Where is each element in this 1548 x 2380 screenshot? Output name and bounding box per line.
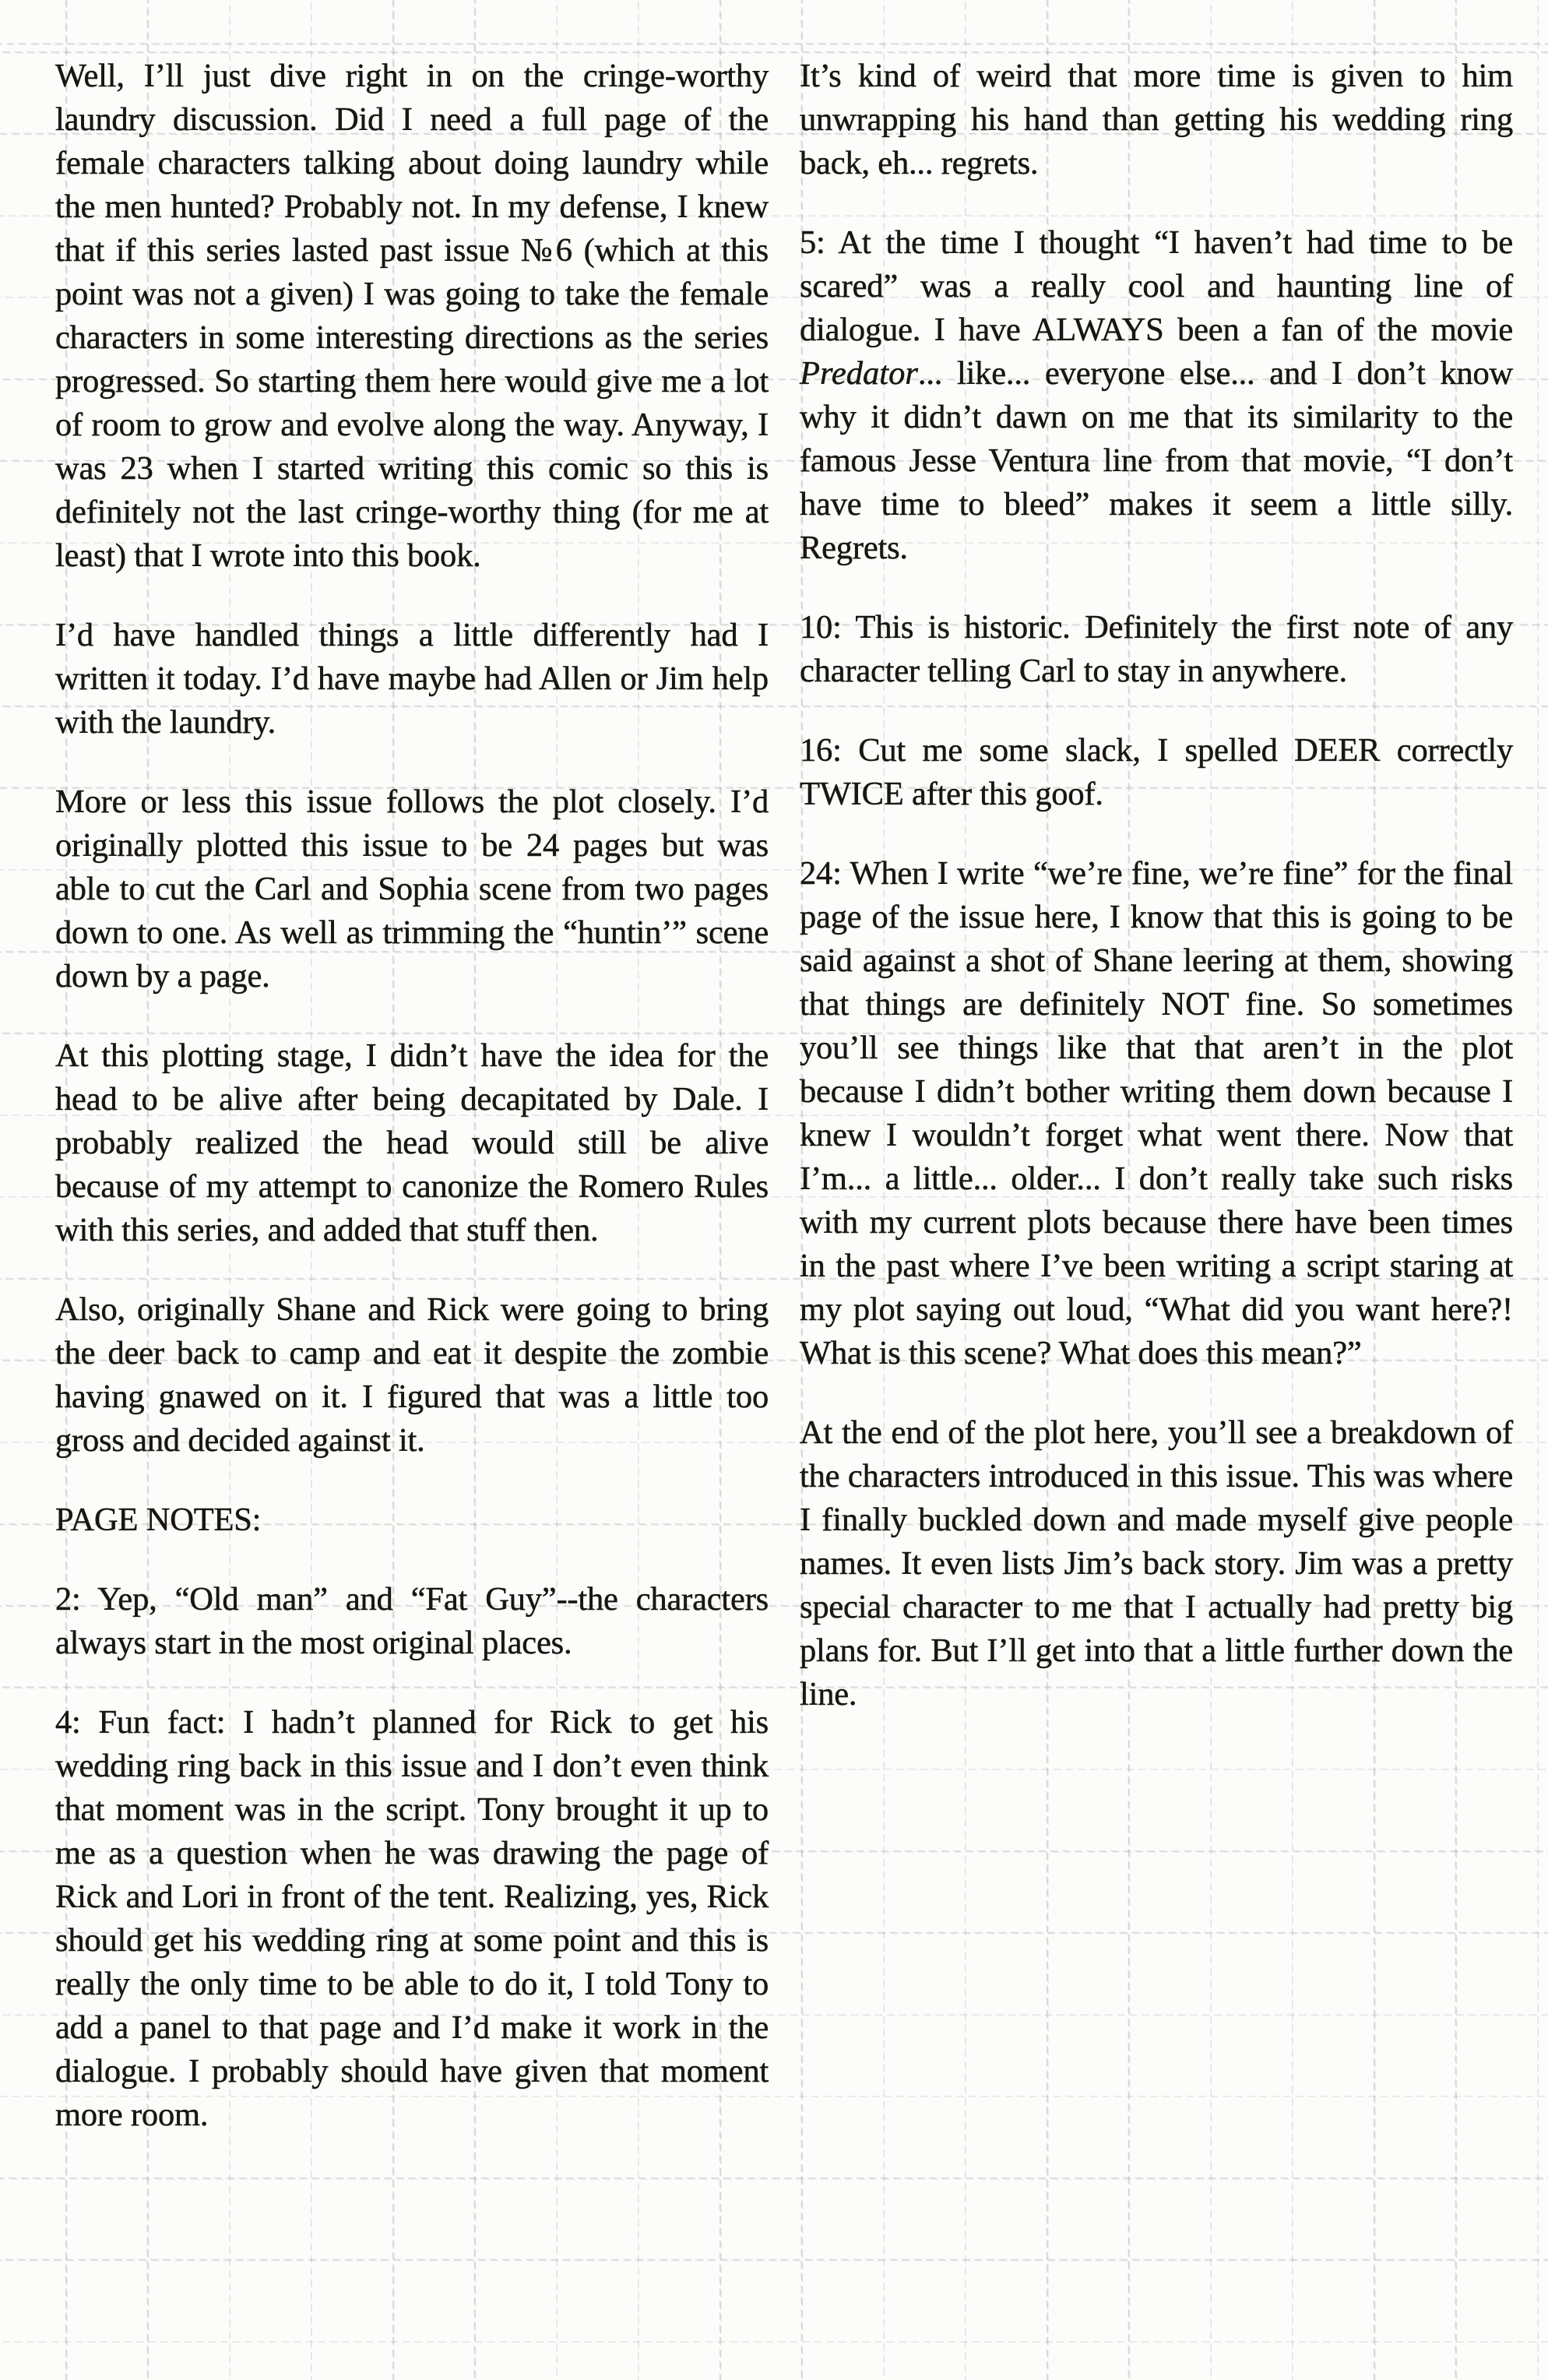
revision-paragraph: I’d have handled things a little differe… — [55, 614, 769, 745]
movie-title-italic: Predator — [800, 355, 918, 392]
left-column: Well, I’ll just dive right in on the cri… — [55, 55, 769, 2380]
page-note-24: 24: When I write “we’re fine, we’re fine… — [800, 852, 1513, 1375]
right-column: It’s kind of weird that more time is giv… — [800, 55, 1513, 2380]
page-note-4: 4: Fun fact: I hadn’t planned for Rick t… — [55, 1701, 769, 2137]
commentary-page: Well, I’ll just dive right in on the cri… — [0, 0, 1548, 2380]
intro-paragraph: Well, I’ll just dive right in on the cri… — [55, 55, 769, 578]
deer-paragraph: Also, originally Shane and Rick were goi… — [55, 1288, 769, 1463]
ring-regrets-paragraph: It’s kind of weird that more time is giv… — [800, 55, 1513, 185]
plot-follow-paragraph: More or less this issue follows the plot… — [55, 780, 769, 998]
page-note-16: 16: Cut me some slack, I spelled DEER co… — [800, 729, 1513, 816]
page-note-5-lead: 5: At the time I thought “I haven’t had … — [800, 224, 1513, 348]
plotting-stage-paragraph: At this plotting stage, I didn’t have th… — [55, 1034, 769, 1252]
page-note-10: 10: This is historic. Definitely the fir… — [800, 606, 1513, 693]
page-note-2: 2: Yep, “Old man” and “Fat Guy”--the cha… — [55, 1578, 769, 1665]
closing-paragraph: At the end of the plot here, you’ll see … — [800, 1411, 1513, 1716]
page-notes-heading: PAGE NOTES: — [55, 1498, 769, 1542]
page-note-5: 5: At the time I thought “I haven’t had … — [800, 221, 1513, 570]
